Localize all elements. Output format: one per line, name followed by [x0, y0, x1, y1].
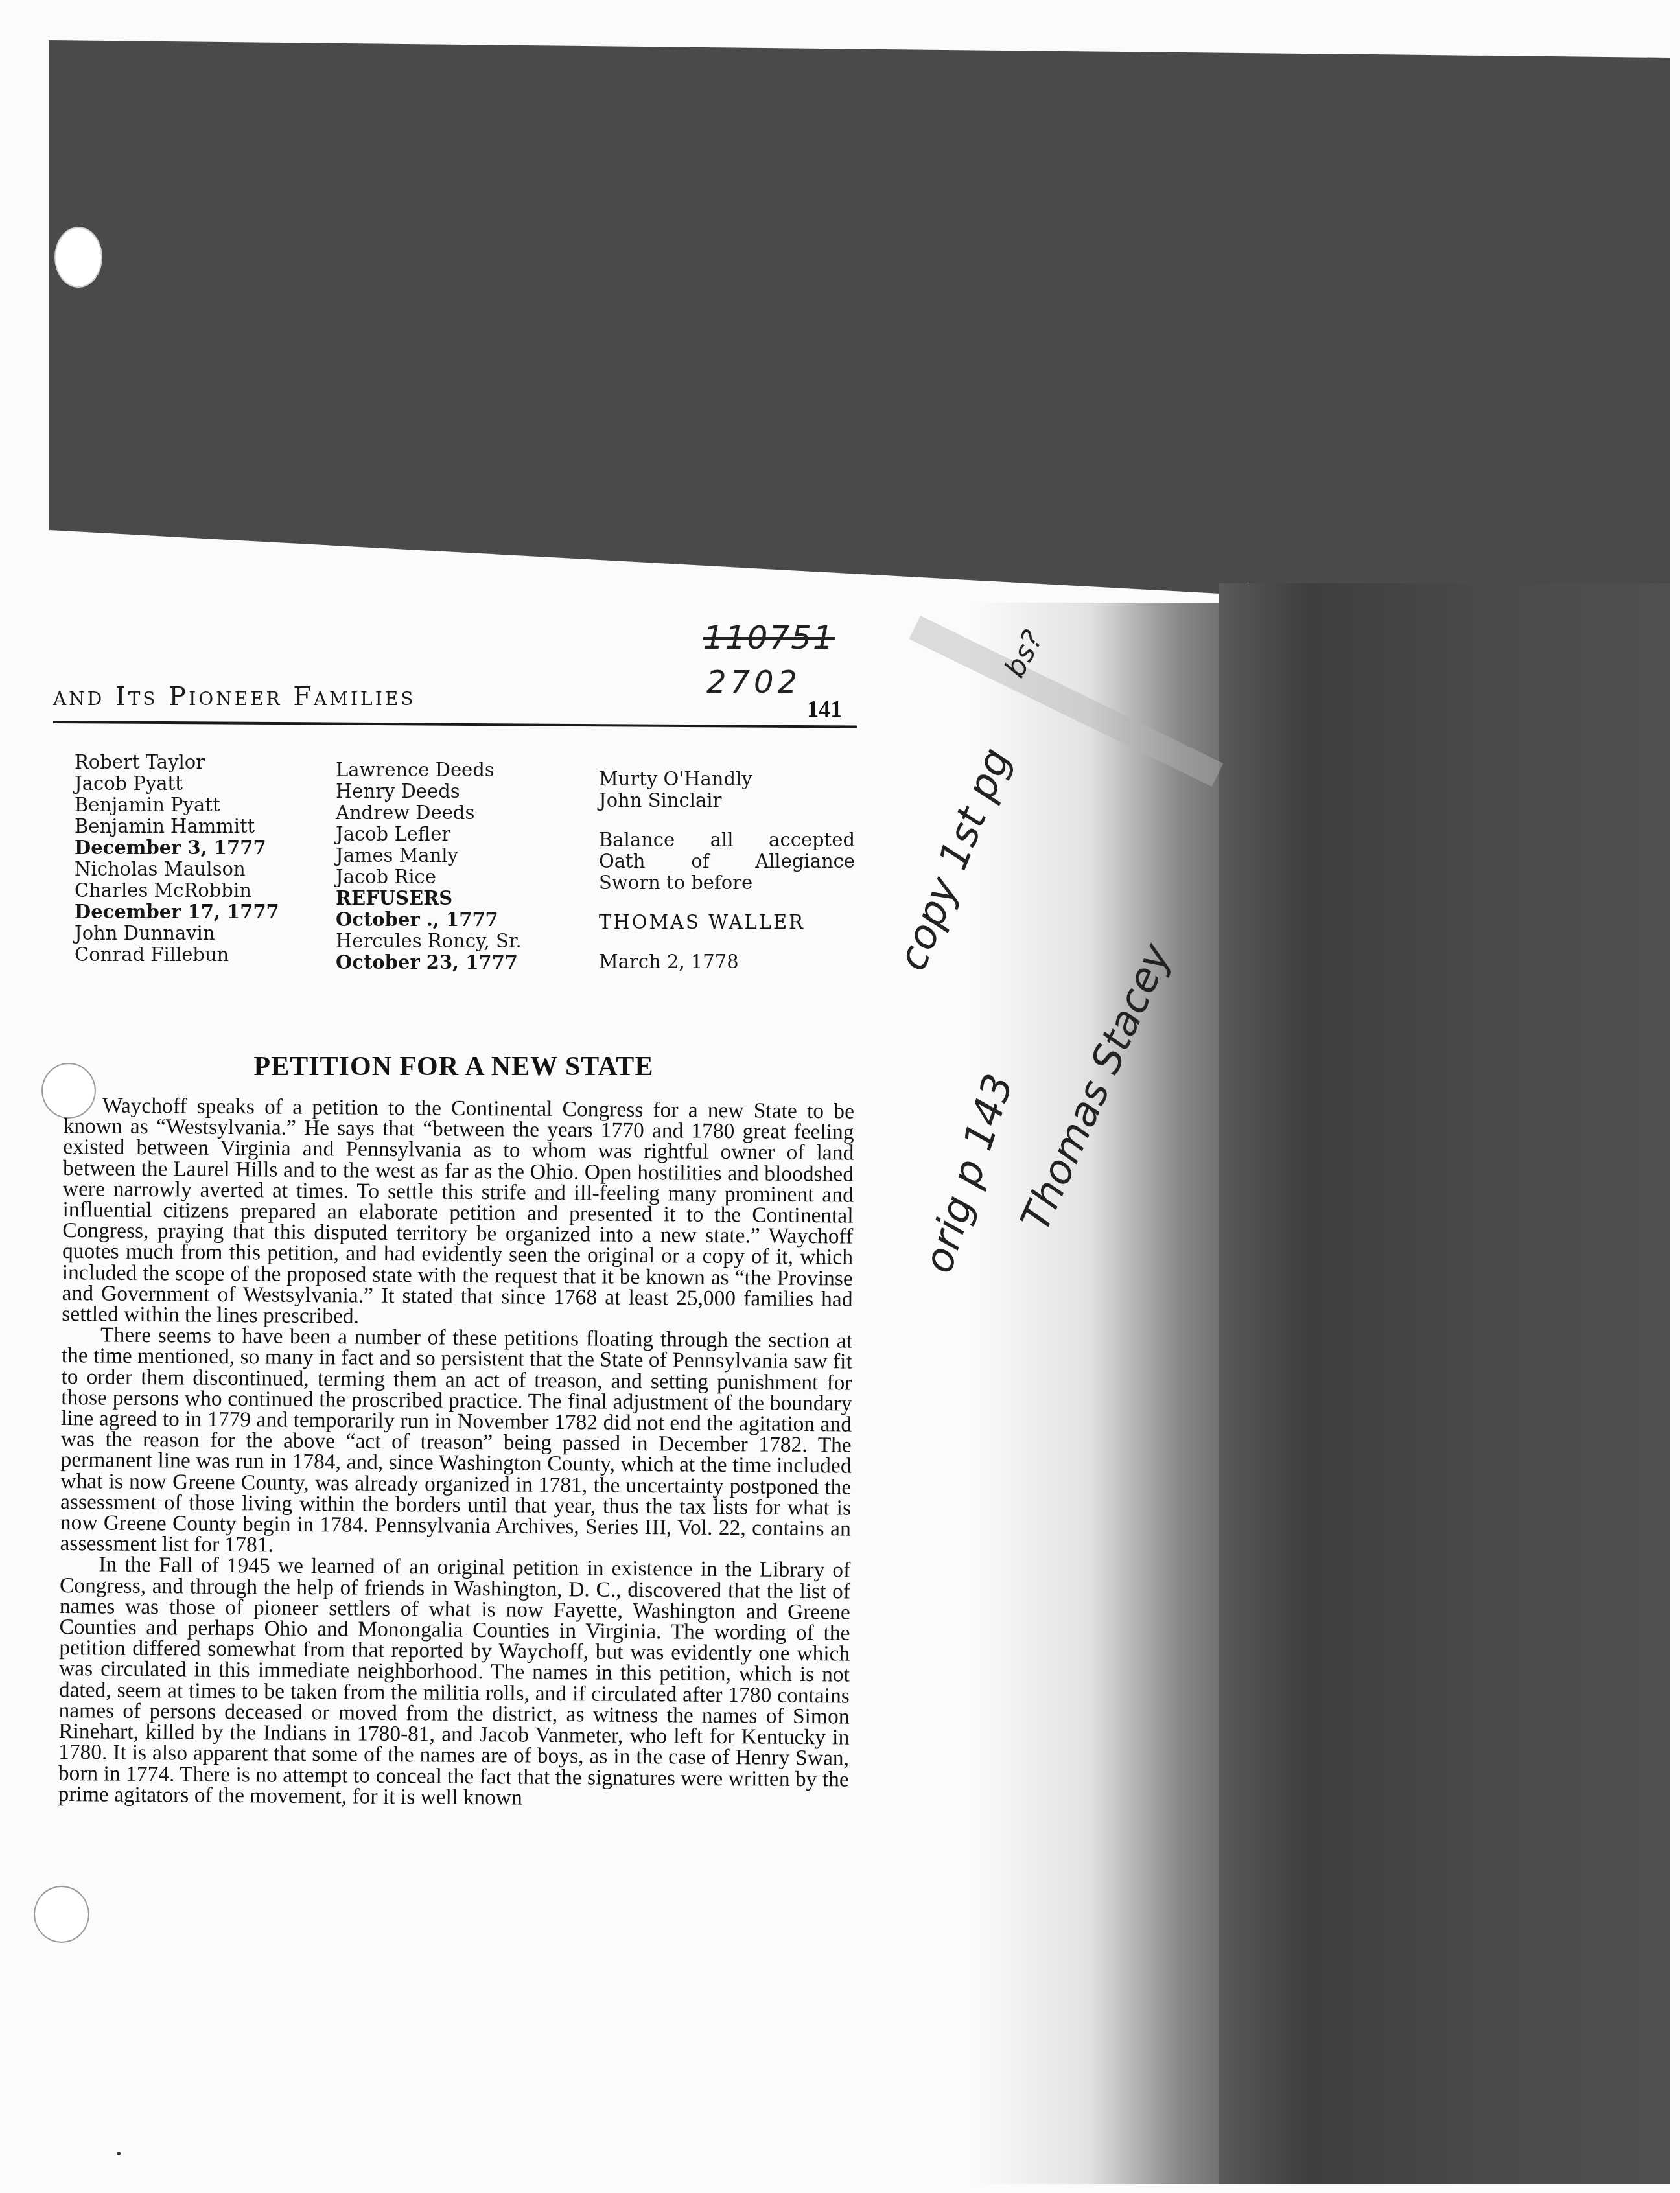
name-entry: Nicholas Maulson: [75, 859, 279, 880]
date-heading: December 3, 1777: [75, 837, 279, 859]
punch-hole-icon: [34, 1886, 89, 1943]
names-column-3: Murty O'Handly John Sinclair Balance all…: [599, 769, 855, 973]
handwritten-struck-number: 110751: [703, 619, 835, 656]
names-column-1: Robert TaylorJacob PyattBenjamin PyattBe…: [75, 752, 279, 966]
date-heading: October 23, 1777: [336, 952, 522, 973]
paragraph: Waychoff speaks of a petition to the Con…: [62, 1095, 854, 1331]
date-heading: REFUSERS: [336, 888, 522, 909]
name-entry: Charles McRobbin: [75, 880, 279, 901]
name-entry: Benjamin Pyatt: [75, 795, 279, 816]
copier-dark-background-top: [49, 40, 1670, 623]
name-entry: John Sinclair: [599, 790, 855, 811]
name-entry: Robert Taylor: [75, 752, 279, 773]
name-entry: Murty O'Handly: [599, 769, 855, 790]
name-entry: Benjamin Hammitt: [75, 816, 279, 837]
name-entry: Henry Deeds: [336, 781, 522, 802]
date-heading: October ., 1777: [336, 909, 522, 931]
running-header: and Its Pioneer Families: [53, 682, 415, 712]
date-heading: December 17, 1777: [75, 901, 279, 923]
section-title: PETITION FOR A NEW STATE: [227, 1051, 681, 1082]
page-number: 141: [807, 695, 842, 723]
paragraph: There seems to have been a number of the…: [60, 1325, 852, 1561]
oath-line: Balance all accepted: [599, 830, 855, 851]
body-text: Waychoff speaks of a petition to the Con…: [58, 1095, 854, 1811]
name-entry: Conrad Fillebun: [75, 944, 279, 966]
name-entry: Jacob Rice: [336, 866, 522, 888]
oath-line: Oath of Allegiance: [599, 851, 855, 872]
handwritten-number: 2702: [706, 664, 801, 701]
name-entry: John Dunnavin: [75, 923, 279, 944]
stray-mark: [117, 2152, 121, 2155]
name-entry: James Manly: [336, 845, 522, 866]
names-column-2: Lawrence DeedsHenry DeedsAndrew DeedsJac…: [336, 760, 522, 973]
name-entry: Andrew Deeds: [336, 802, 522, 824]
punch-hole-icon: [54, 227, 102, 288]
copier-dark-background-right: [1219, 583, 1670, 2184]
official-name: THOMAS WALLER: [599, 912, 855, 933]
paragraph: In the Fall of 1945 we learned of an ori…: [58, 1554, 850, 1811]
page-edge-shadow: [972, 603, 1231, 2184]
oath-date: March 2, 1778: [599, 951, 855, 973]
name-entry: Hercules Roncy, Sr.: [336, 931, 522, 952]
oath-line: Sworn to before: [599, 872, 855, 894]
name-entry: Jacob Lefler: [336, 824, 522, 845]
name-entry: Lawrence Deeds: [336, 760, 522, 781]
name-entry: Jacob Pyatt: [75, 773, 279, 795]
